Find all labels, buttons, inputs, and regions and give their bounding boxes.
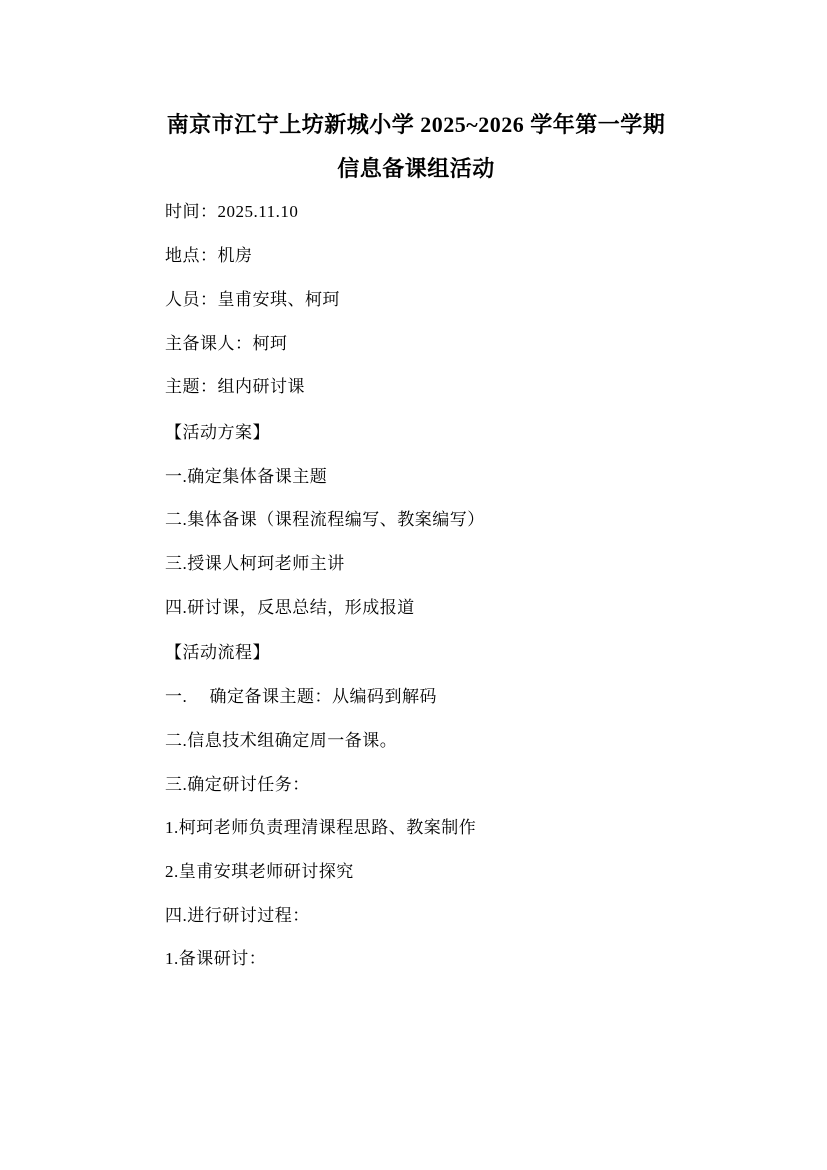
flow-subitem-1: 1.柯珂老师负责理清课程思路、教案制作 [165,806,667,850]
plan-item-1: 一.确定集体备课主题 [165,455,667,499]
flow-item-1: 一. 确定备课主题：从编码到解码 [165,675,667,719]
flow-item-4: 四.进行研讨过程： [165,894,667,938]
document-title-line1: 南京市江宁上坊新城小学 2025~2026 学年第一学期 [165,103,667,147]
flow-item-2: 二.信息技术组确定周一备课。 [165,719,667,763]
meta-time: 时间：2025.11.10 [165,190,667,234]
document-title-line2: 信息备课组活动 [165,147,667,191]
flow-section-heading: 【活动流程】 [165,631,667,675]
meta-topic: 主题：组内研讨课 [165,365,667,409]
plan-item-3: 三.授课人柯珂老师主讲 [165,542,667,586]
plan-item-2: 二.集体备课（课程流程编写、教案编写） [165,498,667,542]
flow-subitem-3: 1.备课研讨： [165,937,667,981]
document-page: 南京市江宁上坊新城小学 2025~2026 学年第一学期 信息备课组活动 时间：… [0,0,827,1170]
meta-lead-preparer: 主备课人：柯珂 [165,322,667,366]
flow-subitem-2: 2.皇甫安琪老师研讨探究 [165,850,667,894]
plan-item-4: 四.研讨课，反思总结，形成报道 [165,586,667,630]
meta-participants: 人员：皇甫安琪、柯珂 [165,278,667,322]
meta-location: 地点：机房 [165,234,667,278]
flow-item-3: 三.确定研讨任务： [165,763,667,807]
plan-section-heading: 【活动方案】 [165,411,667,455]
